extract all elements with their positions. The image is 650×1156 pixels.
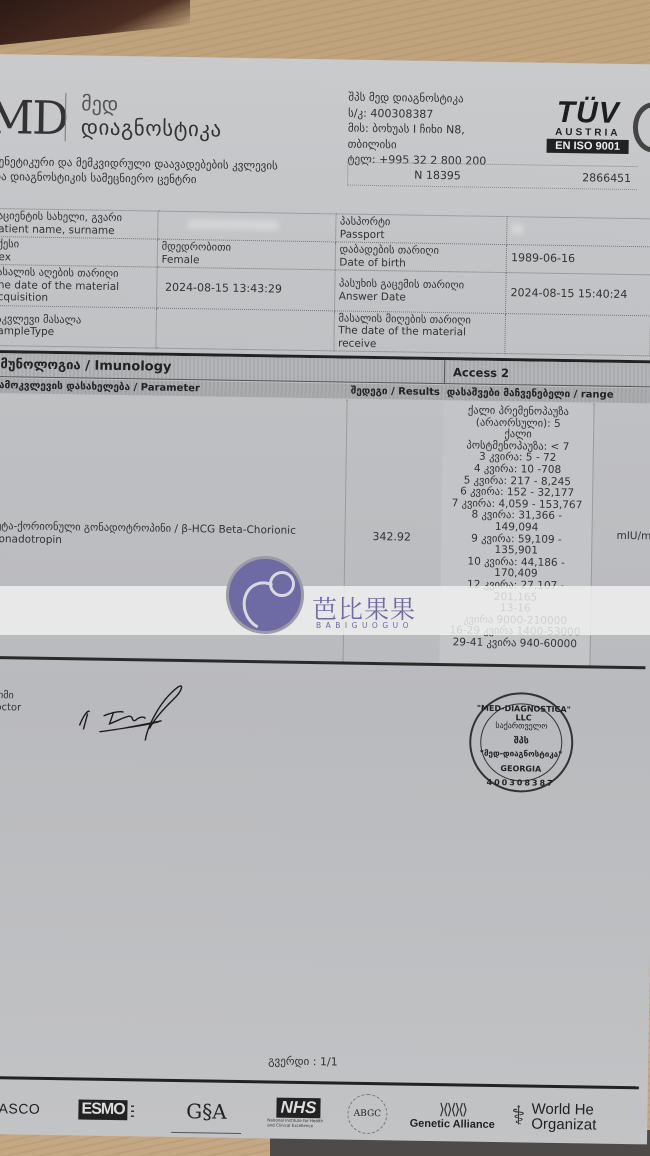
passport-value xyxy=(507,217,650,247)
esmo-subtitle: ▬▬▬ xyxy=(130,1103,134,1118)
doctor-signature xyxy=(73,675,194,747)
who-emblem-icon: ⚕ xyxy=(511,1101,526,1131)
section-title: იმუნოლოგია / Imunology xyxy=(0,357,172,375)
passport-label: პასპორტი Passport xyxy=(335,214,507,245)
column-range: დასაშვები მაჩვენებელი / range xyxy=(447,387,614,401)
acquisition-date-label: მასალის აღების თარიღი The date of the ma… xyxy=(0,264,157,307)
tuv-country: AUSTRIA xyxy=(547,127,629,139)
label-en: Sex xyxy=(0,250,153,265)
esmo-logo: ESMO ▬▬▬ xyxy=(69,1087,144,1132)
stamp-company-ka: "მედ-დიაგნოსტიკა" xyxy=(471,749,571,760)
doctor-label-ka: ექიმი xyxy=(0,690,21,703)
answer-date-label: პასუხის გაცემის თარიღი Answer Date xyxy=(334,270,506,313)
dna-helix-icon: ⟩⟨⟩⟨⟩⟨⟩ xyxy=(439,1100,466,1118)
stamp-country-ka: საქართველო xyxy=(471,721,571,732)
stamp-number: 400308387 xyxy=(471,778,571,789)
asco-logo: ASCO xyxy=(0,1086,48,1131)
result-value: 342.92 xyxy=(372,530,411,544)
who-text-line2: Organizat xyxy=(531,1116,596,1134)
label-en: The date of the material receive xyxy=(338,324,501,352)
analyzer-device: Access 2 xyxy=(453,365,509,380)
nhs-logo: NHS National Institute for Health and Cl… xyxy=(267,1090,330,1135)
doctor-label: ექიმი Doctor xyxy=(0,690,21,715)
parameter-name: ბეტა-ქორიონული გონადოტროპინი / β-HCG Bet… xyxy=(0,520,341,551)
company-contact-block: შპს მედ დიაგნოსტიკა ს/კ: 400308387 მის: … xyxy=(347,90,487,170)
document-number-box: N 18395 2866451 xyxy=(347,162,637,191)
watermark-latin-text: BABIGUOGUO xyxy=(316,621,413,630)
label-en: Patient name, surname xyxy=(0,222,153,237)
patient-name-value xyxy=(157,211,335,242)
receive-date-label: მასალის მიღების თარიღი The date of the m… xyxy=(333,310,505,353)
redacted-name xyxy=(188,219,278,230)
dob-label: დაბადების თარიღი Date of birth xyxy=(335,242,507,273)
document-number: N 18395 xyxy=(414,169,461,183)
company-seal-stamp: "MED-DIAGNOSTICA" LLC საქართველო შპს "მე… xyxy=(468,692,574,794)
tuv-certification-logo: TÜV AUSTRIA EN ISO 9001 xyxy=(547,99,630,154)
redacted-passport xyxy=(511,224,523,234)
company-address: მის: ბოხუას I ჩიხი N8, xyxy=(348,121,487,139)
stamp-country-en: GEORGIA xyxy=(471,764,571,775)
stamp-type: შპს xyxy=(471,736,571,748)
iso-standard-badge: EN ISO 9001 xyxy=(547,139,629,154)
genetic-alliance-text: Genetic Alliance xyxy=(410,1118,495,1131)
column-parameter: გამოკვლევის დასახელება / Parameter xyxy=(0,380,200,394)
sample-type-value xyxy=(156,308,334,351)
who-text: World He Organizat xyxy=(531,1102,597,1133)
company-name-line1: მედ xyxy=(81,91,118,116)
answer-date-value: 2024-08-15 15:40:24 xyxy=(506,273,650,316)
label-en: SampleType xyxy=(0,325,151,340)
label-en: Passport xyxy=(340,228,503,243)
abgc-logo: ABGC xyxy=(347,1094,388,1135)
patient-name-label: პაციენტის სახელი, გვარი Patient name, su… xyxy=(0,208,158,239)
sample-type-label: საკვლევი მასალა SampleType xyxy=(0,305,156,348)
doctor-label-en: Doctor xyxy=(0,702,21,715)
tuv-brand: TÜV xyxy=(547,99,629,128)
acquisition-date-value: 2024-08-15 13:43:29 xyxy=(156,267,334,310)
nhs-subtitle: National Institute for Health and Clinic… xyxy=(267,1117,329,1128)
header-divider xyxy=(444,360,445,384)
result-unit: mIU/ml xyxy=(616,530,650,543)
receive-date-value xyxy=(505,313,650,356)
sex-label: სქესი Sex xyxy=(0,236,157,267)
company-line: შპს მედ დიაგნოსტიკა xyxy=(348,90,487,108)
company-tagline: გენეტიკური და მემკვიდრული დაავადებების კ… xyxy=(0,154,278,188)
label-en: Date of birth xyxy=(339,256,502,271)
who-logo: ⚕ World He Organizat xyxy=(511,1094,642,1140)
document-code: 2866451 xyxy=(582,171,631,185)
gsa-logo: G§A xyxy=(171,1089,242,1134)
label-en: Answer Date xyxy=(339,290,502,305)
partner-logos: ASCO ESMO ▬▬▬ G§A NHS National Institute… xyxy=(0,1086,643,1140)
company-name-line2: დიაგნოსტიკა xyxy=(81,115,222,141)
genetic-alliance-logo: ⟩⟨⟩⟨⟩⟨⟩ Genetic Alliance xyxy=(407,1093,498,1138)
esmo-mark: ESMO xyxy=(78,1099,127,1120)
label-en: The date of the material acquisition xyxy=(0,278,152,306)
column-results: შედეგი / Results xyxy=(351,386,440,398)
page-number: გვერდი : 1/1 xyxy=(268,1054,338,1068)
nhs-mark: NHS xyxy=(276,1098,320,1119)
company-logo-mark: MD xyxy=(0,90,67,145)
watermark-logo-icon xyxy=(226,556,304,634)
logo-circle xyxy=(269,571,295,597)
certification-seal-icon xyxy=(633,102,650,153)
dob-value: 1989-06-16 xyxy=(506,245,650,275)
sex-value: მდედრობითი Female xyxy=(157,239,335,270)
range-line: 29-41 კვირა 940-60000 xyxy=(440,637,590,651)
value-en: Female xyxy=(161,253,330,268)
patient-info-table: პაციენტის სახელი, გვარი Patient name, su… xyxy=(0,208,650,356)
